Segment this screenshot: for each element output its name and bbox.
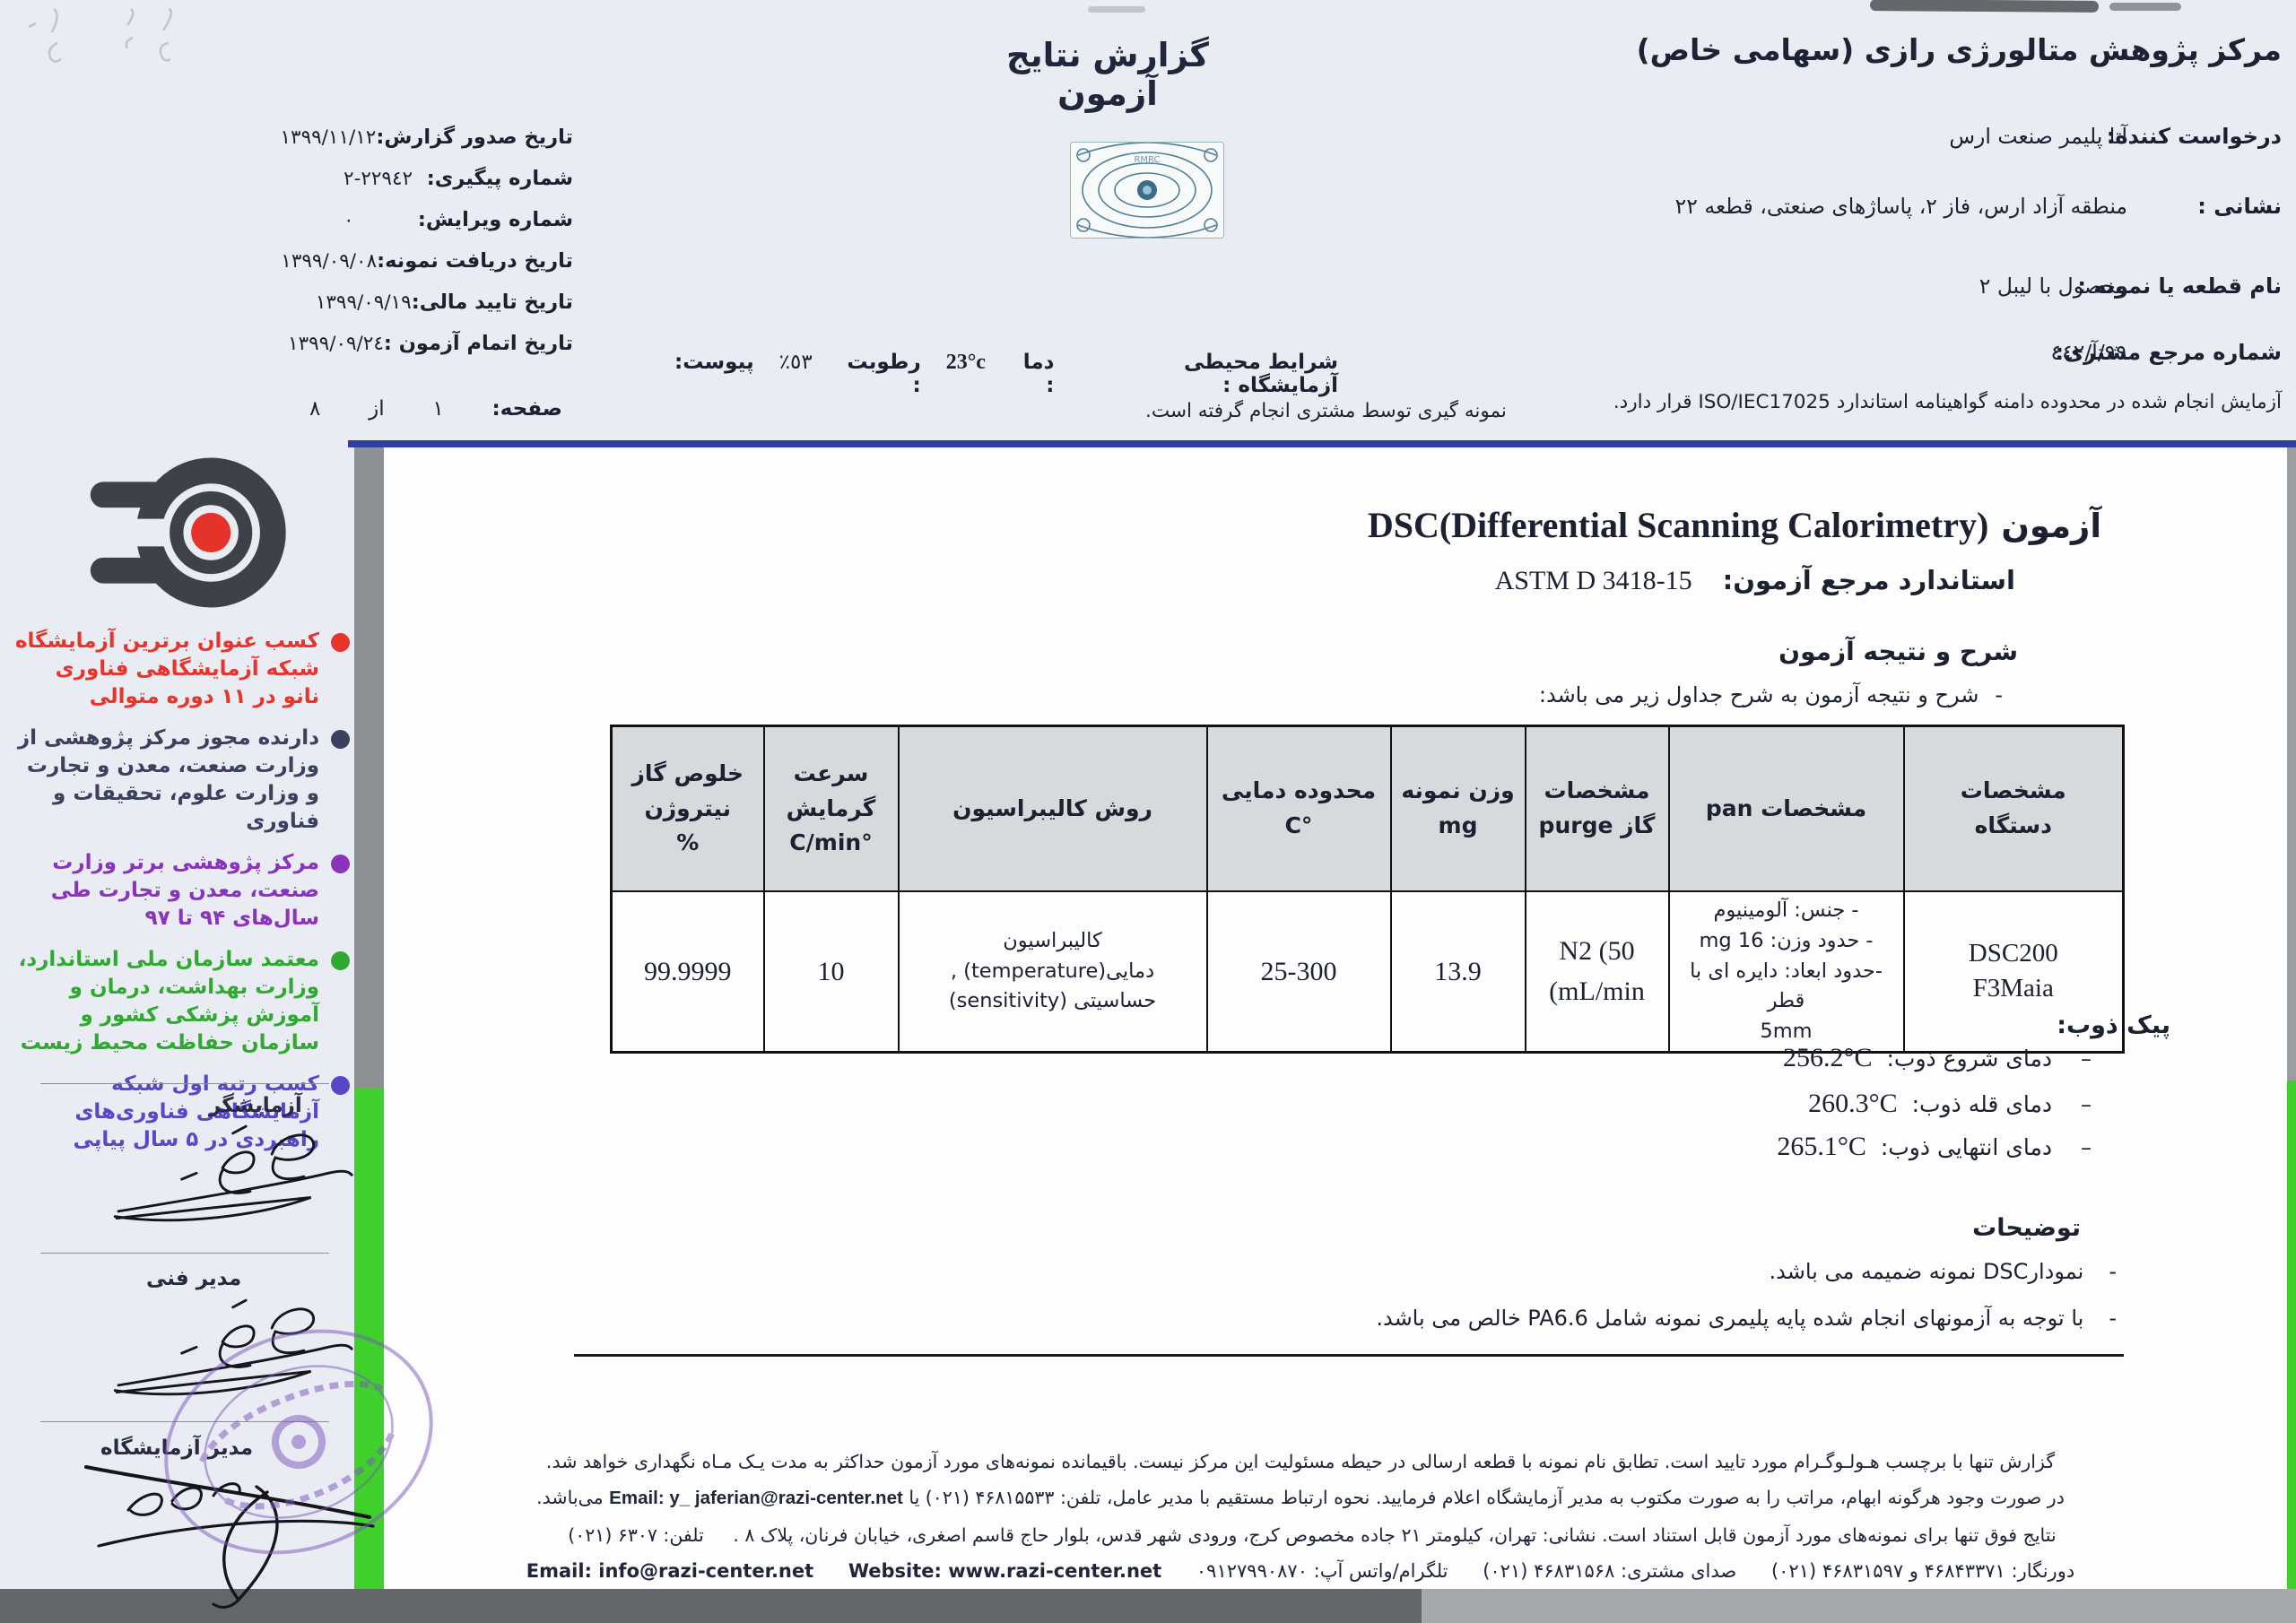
- cell-sample-weight: 13.9: [1391, 891, 1526, 1052]
- signature-divider: [40, 1083, 329, 1084]
- footer-line2-tail: می‌باشد.: [536, 1487, 603, 1508]
- note-dsc-chart: نمودارDSC نمونه ضمیمه می باشد.: [1769, 1259, 2117, 1284]
- humidity-value: ٥٣٪: [779, 351, 813, 374]
- cell-temperature-range: 25-300: [1207, 891, 1391, 1052]
- financial-approval-date-value: ١٣٩٩/٠٩/١٩: [316, 291, 412, 314]
- razi-center-logo: [90, 447, 298, 619]
- bullet-icon: [331, 1076, 350, 1095]
- col-sample-weight: وزن نمونه mg: [1391, 726, 1526, 892]
- col-purge-gas-specs: مشخصات گاز purge: [1526, 726, 1669, 892]
- page-of-label: از: [369, 397, 385, 421]
- cell-purge-gas: N2 (50 mL/min): [1526, 891, 1669, 1052]
- melting-peak-value: 260.3°C: [1808, 1089, 1898, 1119]
- tester-label: آزمایشگر: [209, 1094, 302, 1117]
- panel-right-bar-green: [2287, 1081, 2296, 1589]
- official-stamp: [119, 1280, 478, 1603]
- test-title: آزمون DSC(Differential Scanning Calorime…: [1368, 504, 2101, 546]
- standard-label: استاندارد مرجع آزمون:: [1723, 565, 2015, 595]
- env-label: شرایط محیطی آزمایشگاه :: [1079, 351, 1338, 397]
- footer-line2-text: در صورت وجود هرگونه ابهام، مراتب را به ص…: [909, 1487, 2065, 1508]
- page-number-row: صفحه: ١ از ٨: [309, 397, 562, 421]
- melting-peak-heading: پیک ذوب:: [2057, 1011, 2170, 1039]
- tracking-number-value: ٢٢٩٤٢-٢: [344, 168, 413, 190]
- footer-line-address: نتایج فوق تنها برای نمونه‌های مورد آزمون…: [386, 1524, 2215, 1546]
- footer-line-hologram: گزارش تنها با برچسب هـولـوگـرام مورد تای…: [386, 1451, 2215, 1472]
- address-value: منطقه آزاد ارس، فاز ۲، پاساژهای صنعتی، ق…: [1675, 194, 2127, 219]
- pencil-marks: [27, 7, 224, 70]
- bullet-icon: [331, 855, 350, 873]
- page-label: صفحه:: [491, 397, 562, 421]
- test-completion-date-row: تاریخ اتمام آزمون : ١٣٩٩/٠٩/٢٤: [344, 332, 573, 355]
- melting-end-label: دمای انتهایی ذوب:: [1881, 1134, 2052, 1160]
- note-dsc-chart-text: نمودارDSC نمونه ضمیمه می باشد.: [1769, 1259, 2083, 1284]
- achievement-research-license: دارنده مجوز مرکز پژوهشی از وزارت صنعت، م…: [13, 725, 350, 836]
- temperature-label: دما :: [1011, 351, 1054, 397]
- achievement-top-research-center: مرکز پژوهشی برتر وزارت صنعت، معدن و تجار…: [13, 849, 350, 933]
- melting-end-value: 265.1°C: [1777, 1132, 1866, 1162]
- footer-divider-line: [574, 1354, 2124, 1357]
- col-pan-specs: مشخصات pan: [1669, 726, 1904, 892]
- hologram-pattern: RMRC: [1071, 143, 1223, 238]
- col-device-specs: مشخصات دستگاه: [1904, 726, 2124, 892]
- signature-divider: [40, 1253, 329, 1254]
- requester-label: درخواست کننده:: [2107, 124, 2282, 149]
- revision-number-label: شماره ویرایش:: [418, 208, 573, 231]
- sample-received-date-label: تاریخ دریافت نمونه:: [377, 249, 573, 273]
- note-polymer-base-text: با توجه به آزمونهای انجام شده پایه پلیمر…: [1376, 1306, 2083, 1331]
- achievement-trusted-organizations: معتمد سازمان ملی استاندارد، وزارت بهداشت…: [13, 946, 350, 1057]
- info-email: Email: info@razi-center.net: [526, 1560, 813, 1582]
- bottom-bar-light: [1422, 1589, 2296, 1623]
- tracking-number-row: شماره پیگیری: ٢٢٩٤٢-٢: [344, 167, 573, 190]
- tracking-number-label: شماره پیگیری:: [427, 167, 573, 190]
- sample-name-value: محصول با لیبل ۲: [1979, 273, 2127, 299]
- melting-onset-value: 256.2°C: [1783, 1043, 1873, 1073]
- lab-environment-line: شرایط محیطی آزمایشگاه : دما : 23°c رطوبت…: [674, 351, 1338, 397]
- financial-approval-date-row: تاریخ تایید مالی: ١٣٩٩/٠٩/١٩: [344, 291, 573, 314]
- revision-number-value: ٠: [344, 209, 354, 231]
- header-divider-blue-line: [348, 440, 2296, 447]
- melting-onset-label: دمای شروع ذوب:: [1887, 1046, 2053, 1072]
- customer-ref-value: ٩٩/آ/٤٤٢: [2051, 340, 2128, 365]
- telegram-whatsapp-number: تلگرام/واتس آپ: ۰۹۱۲۷۹۹۰۸۷۰: [1196, 1560, 1448, 1582]
- customer-voice-number: صدای مشتری: ۴۶۸۳۱۵۶۸ (۰۲۱): [1483, 1560, 1736, 1582]
- note-polymer-base: با توجه به آزمونهای انجام شده پایه پلیمر…: [1376, 1306, 2117, 1331]
- report-page: مرکز پژوهش متالورژی رازی (سهامی خاص) گزا…: [0, 0, 2296, 1623]
- humidity-label: رطوبت :: [838, 351, 921, 397]
- achievement-nano-network: کسب عنوان برترین آزمایشگاه شبکه آزمایشگا…: [13, 628, 350, 711]
- center-phone: تلفن: ۶۳۰۷ (۰۲۱): [568, 1524, 704, 1546]
- test-completion-date-value: ١٣٩٩/٠٩/٢٤: [288, 333, 384, 355]
- hologram-sticker: RMRC: [1070, 142, 1224, 239]
- scan-smudge: [1870, 0, 2099, 13]
- sample-received-date-row: تاریخ دریافت نمونه: ١٣٩٩/٠٩/٠٨: [344, 249, 573, 273]
- melting-end-row: دمای انتهایی ذوب: 265.1°C: [1777, 1132, 2092, 1162]
- melting-peak-row: دمای قله ذوب: 260.3°C: [1808, 1089, 2092, 1119]
- report-issue-date-row: تاریخ صدور گزارش: ١٣٩٩/١١/١٢: [344, 126, 573, 149]
- company-name: مرکز پژوهش متالورژی رازی (سهامی خاص): [1637, 32, 2282, 67]
- results-section-heading: شرح و نتیجه آزمون: [1779, 637, 2018, 666]
- standard-line: استاندارد مرجع آزمون: ASTM D 3418-15: [1495, 565, 2015, 596]
- website-url: Website: www.razi-center.net: [848, 1560, 1161, 1582]
- sampling-note: نمونه گیری توسط مشتری انجام گرفته است.: [1145, 400, 1507, 422]
- achievements-list: کسب عنوان برترین آزمایشگاه شبکه آزمایشگا…: [13, 628, 350, 1167]
- panel-right-bar-gray: [2287, 447, 2296, 1081]
- revision-number-row: شماره ویرایش: ٠: [344, 208, 573, 231]
- tester-signature: [94, 1119, 354, 1245]
- results-section-bullet: شرح و نتیجه آزمون به شرح جداول زیر می با…: [1539, 682, 2003, 707]
- page-number: ١: [432, 397, 443, 421]
- table-data-row: DSC200 F3Maia - جنس: آلومینیوم - حدود وز…: [612, 891, 2124, 1052]
- col-temperature-range: محدوده دمایی °C: [1207, 726, 1391, 892]
- scan-smudge: [2109, 3, 2181, 11]
- cell-calibration-method: کالیبراسیون دمایی(temperature) , حساسیتی…: [899, 891, 1207, 1052]
- bullet-icon: [331, 730, 350, 749]
- col-heating-rate: سرعت گرمایش °C/min: [764, 726, 899, 892]
- temperature-value: 23°c: [946, 351, 986, 375]
- cell-pan-specs: - جنس: آلومینیوم - حدود وزن: 16 mg -حدود…: [1669, 891, 1904, 1052]
- panel-left-bar-gray: [354, 447, 384, 1088]
- address-label: نشانی :: [2197, 194, 2282, 219]
- achievement-text: مرکز پژوهشی برتر وزارت صنعت، معدن و تجار…: [51, 851, 319, 930]
- sample-received-date-value: ١٣٩٩/٠٩/٠٨: [281, 250, 377, 273]
- achievement-text: معتمد سازمان ملی استاندارد، وزارت بهداشت…: [19, 948, 319, 1055]
- achievement-text: دارنده مجوز مرکز پژوهشی از وزارت صنعت، م…: [18, 726, 319, 833]
- requester-value: آتا پلیمر صنعت ارس: [1949, 124, 2127, 149]
- financial-approval-date-label: تاریخ تایید مالی:: [412, 291, 573, 314]
- col-calibration-method: روش کالیبراسیون: [899, 726, 1207, 892]
- standard-value: ASTM D 3418-15: [1495, 566, 1692, 596]
- iso-scope-note: آزمایش انجام شده در محدوده دامنه گواهینا…: [1613, 391, 2282, 413]
- hologram-text: RMRC: [1134, 155, 1160, 165]
- col-nitrogen-purity: خلوص گاز نیتروژن %: [612, 726, 764, 892]
- dates-block: تاریخ صدور گزارش: ١٣٩٩/١١/١٢ شماره پیگیر…: [344, 126, 573, 373]
- achievement-text: کسب عنوان برترین آزمایشگاه شبکه آزمایشگا…: [15, 629, 319, 708]
- dsc-parameters-table: مشخصات دستگاه مشخصات pan مشخصات گاز purg…: [610, 725, 2125, 1054]
- notes-heading: توضیحات: [1972, 1214, 2081, 1242]
- test-title-en: DSC(Differential Scanning Calorimetry): [1368, 504, 1989, 546]
- page-total: ٨: [309, 397, 320, 421]
- test-title-fa: آزمون: [2001, 507, 2101, 545]
- cell-heating-rate: 10: [764, 891, 899, 1052]
- table-header-row: مشخصات دستگاه مشخصات pan مشخصات گاز purg…: [612, 726, 2124, 892]
- center-address: نتایج فوق تنها برای نمونه‌های مورد آزمون…: [733, 1524, 2056, 1546]
- manager-email: Email: y_ jaferian@razi-center.net: [609, 1488, 903, 1508]
- report-title: گزارش نتایج آزمون: [964, 36, 1251, 113]
- cell-nitrogen-purity: 99.9999: [612, 891, 764, 1052]
- requester-row: درخواست کننده: آتا پلیمر صنعت ارس: [1220, 124, 2296, 154]
- address-row: نشانی : منطقه آزاد ارس، فاز ۲، پاساژهای …: [1220, 194, 2296, 224]
- footer-line-contacts: دورنگار: ۴۶۸۴۳۳۷۱ و ۴۶۸۳۱۵۹۷ (۰۲۱) صدای …: [386, 1560, 2215, 1582]
- footer-line-contact-manager: در صورت وجود هرگونه ابهام، مراتب را به ص…: [386, 1487, 2215, 1509]
- fax-number: دورنگار: ۴۶۸۴۳۳۷۱ و ۴۶۸۳۱۵۹۷ (۰۲۱): [1771, 1560, 2074, 1582]
- scan-smudge: [1088, 6, 1145, 13]
- report-issue-date-label: تاریخ صدور گزارش:: [376, 126, 573, 149]
- customer-ref-row: شماره مرجع مشتری: ٩٩/آ/٤٤٢: [1220, 340, 2296, 370]
- melting-onset-row: دمای شروع ذوب: 256.2°C: [1783, 1043, 2092, 1073]
- bullet-icon: [331, 951, 350, 970]
- test-completion-date-label: تاریخ اتمام آزمون :: [384, 332, 573, 355]
- melting-peak-label: دمای قله ذوب:: [1912, 1091, 2052, 1117]
- report-issue-date-value: ١٣٩٩/١١/١٢: [280, 126, 376, 149]
- bullet-icon: [331, 633, 350, 652]
- attachment-label: پیوست:: [674, 351, 754, 374]
- sample-name-row: نام قطعه یا نمونه : محصول با لیبل ۲: [1220, 273, 2296, 304]
